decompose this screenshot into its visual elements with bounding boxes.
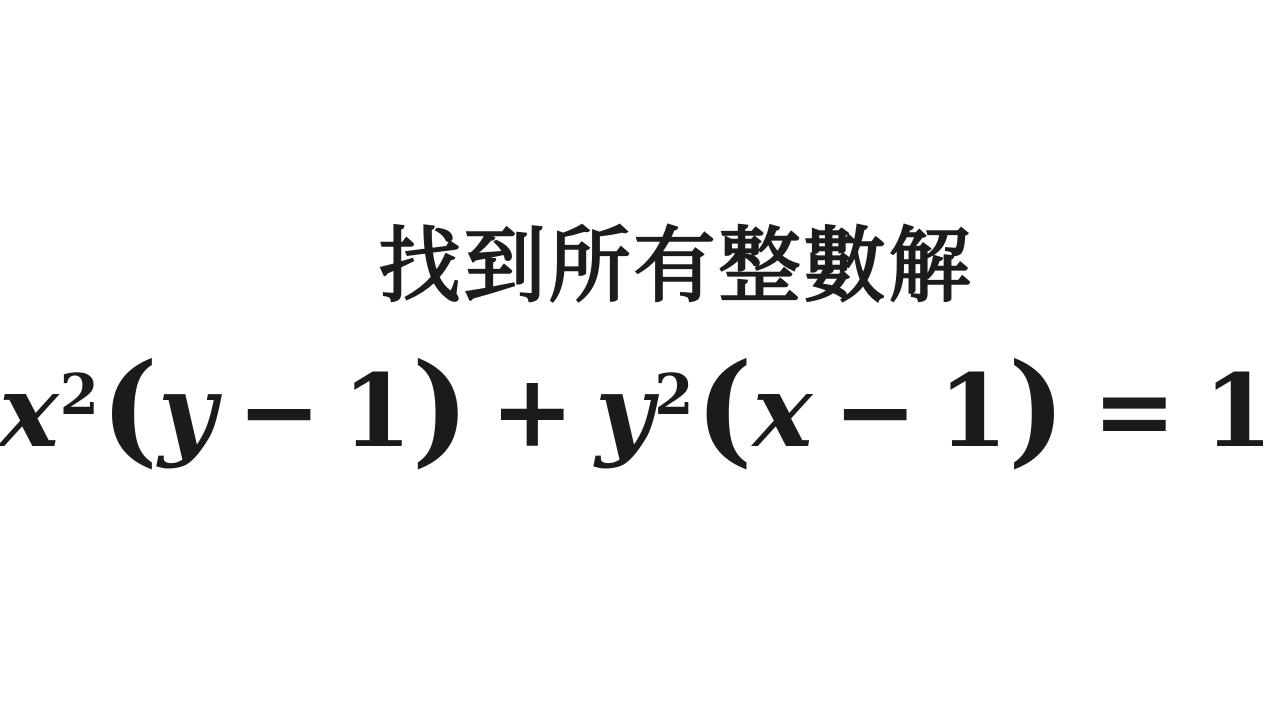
equation-var-x-2: x bbox=[753, 352, 813, 470]
equation-var-y-1: y bbox=[158, 352, 216, 470]
equation-num-one-2: 1 bbox=[938, 352, 1008, 470]
equation-equals-sign: = bbox=[1093, 352, 1177, 470]
equation-exponent-1: 2 bbox=[60, 362, 99, 428]
equation-var-x-1: x bbox=[0, 352, 59, 470]
equation-open-paren-2: ( bbox=[695, 335, 753, 479]
equation-result-one: 1 bbox=[1203, 352, 1273, 470]
equation-exponent-2: 2 bbox=[654, 362, 693, 428]
math-problem-page: 找到所有整數解 x2(y−1)+y2(x−1)=1 bbox=[0, 0, 1280, 720]
equation-close-paren-2: ) bbox=[1008, 335, 1066, 479]
equation-num-one-1: 1 bbox=[342, 352, 412, 470]
equation-minus-2: − bbox=[833, 352, 917, 470]
equation-minus-1: − bbox=[237, 352, 321, 470]
equation-var-y-2: y bbox=[595, 352, 653, 470]
equation-plus: + bbox=[490, 352, 574, 470]
problem-title: 找到所有整數解 bbox=[378, 222, 973, 312]
equation-close-paren-1: ) bbox=[412, 335, 470, 479]
equation-open-paren-1: ( bbox=[100, 335, 158, 479]
equation: x2(y−1)+y2(x−1)=1 bbox=[0, 346, 1273, 476]
